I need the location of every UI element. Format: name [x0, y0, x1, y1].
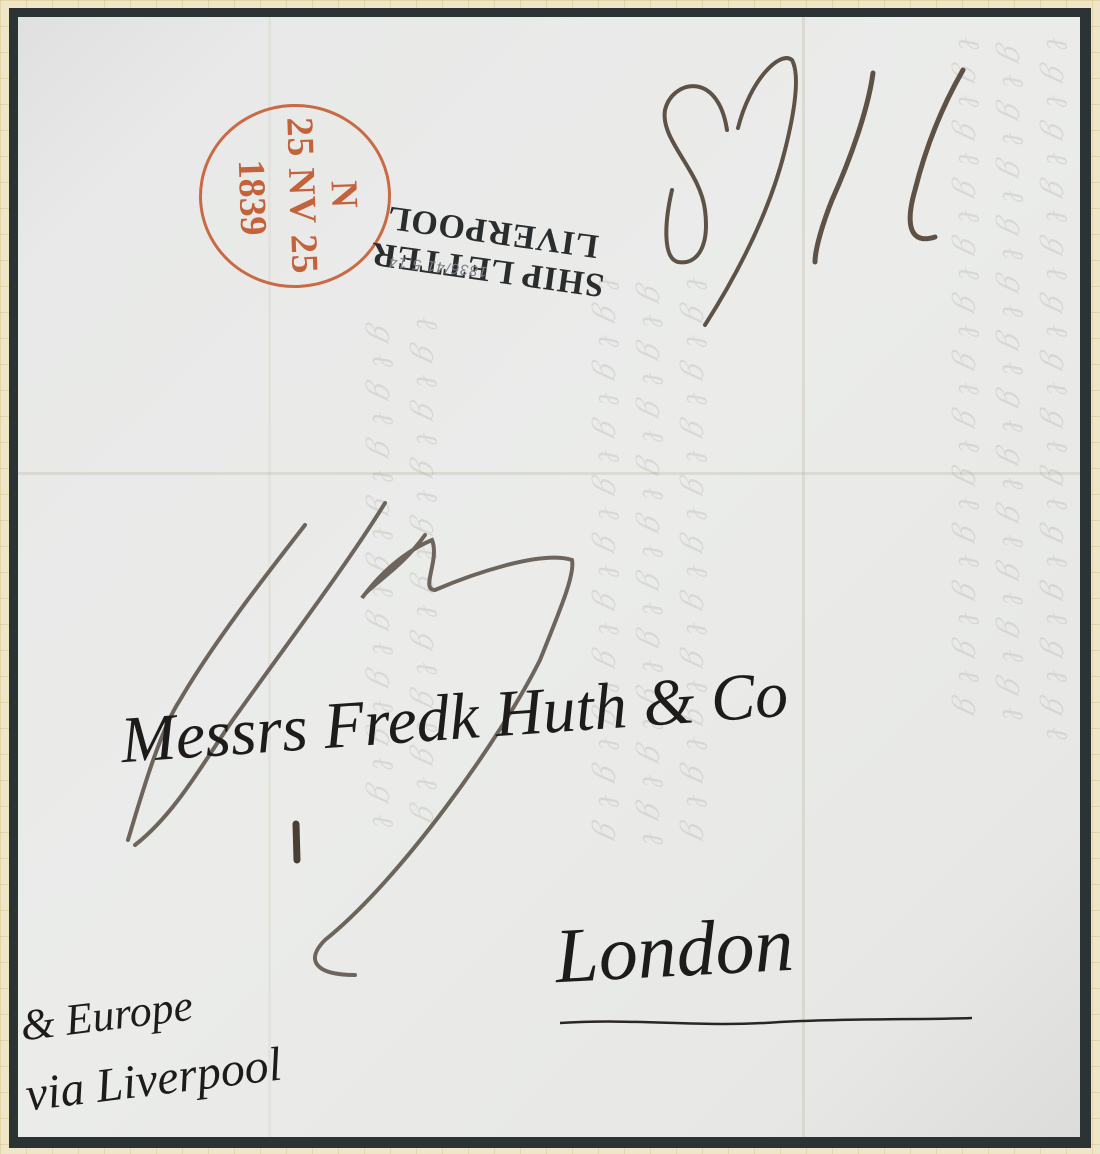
rate-marking-strokes: [665, 58, 963, 325]
ink-mark: [296, 824, 297, 860]
address-underline: [560, 1018, 972, 1024]
address-line-city: London: [553, 899, 796, 1001]
manuscript-ink-strokes: [0, 0, 1100, 1154]
